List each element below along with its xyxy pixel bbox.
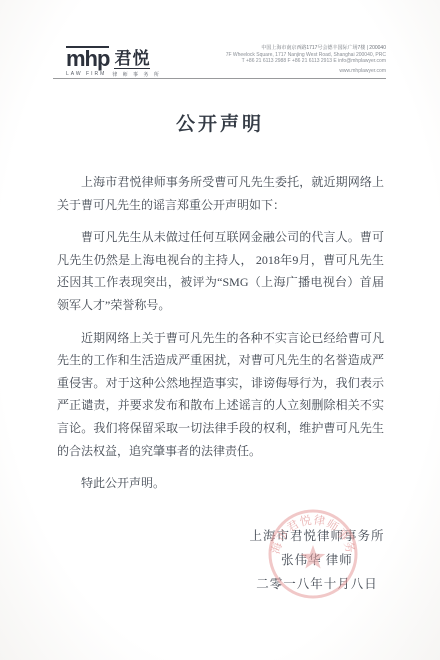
statement-paragraph: 上海市君悦律师事务所受曹可凡先生委托，就近期网络上关于曹可凡先生的谣言郑重公开声… [57, 171, 384, 216]
letterhead-divider [53, 78, 386, 79]
statement-page: mhp 君悦 LAW FIRM 律 师 事 务 所 中国上海市南京西路1717号… [0, 0, 440, 660]
firm-logo-tagline-cn: 律 师 事 务 所 [112, 71, 161, 78]
firm-logo-mhp-text: mhp [66, 46, 109, 69]
statement-paragraph: 特此公开声明。 [57, 472, 384, 495]
statement-paragraph: 近期网络上关于曹可凡先生的各种不实言论已经给曹可凡先生的工作和生活造成严重困扰，… [57, 327, 384, 463]
firm-logo-wordmark: mhp 君悦 [66, 46, 161, 69]
statement-title: 公开声明 [0, 109, 440, 136]
statement-paragraph: 曹可凡先生从未做过任何互联网金融公司的代言人。曹可凡先生仍然是上海电视台的主持人… [57, 226, 384, 316]
address-line-website: www.mhplawyer.com [226, 68, 386, 75]
address-line-contacts: T +86 21 6113 2988 F +86 21 6113 2913 E … [226, 58, 386, 65]
signature-lawyer-name: 张伟华 律师 [247, 548, 387, 572]
signature-date: 二零一八年十月八日 [247, 572, 387, 596]
firm-logo-tagline-en: LAW FIRM [66, 71, 106, 78]
signature-firm-name: 上海市君悦律师事务所 [247, 524, 387, 548]
statement-body: 上海市君悦律师事务所受曹可凡先生委托，就近期网络上关于曹可凡先生的谣言郑重公开声… [57, 171, 384, 495]
firm-logo-cn-text: 君悦 [114, 49, 150, 69]
firm-logo-tagline: LAW FIRM 律 师 事 务 所 [66, 71, 161, 78]
firm-logo: mhp 君悦 LAW FIRM 律 师 事 务 所 [66, 46, 161, 78]
signature-block: 上海市君悦律师事务所 张伟华 律师 二零一八年十月八日 [247, 524, 387, 596]
letterhead-address-block: 中国上海市南京西路1717号会德丰国际广场7楼 | 200040 7F Whee… [226, 45, 386, 74]
